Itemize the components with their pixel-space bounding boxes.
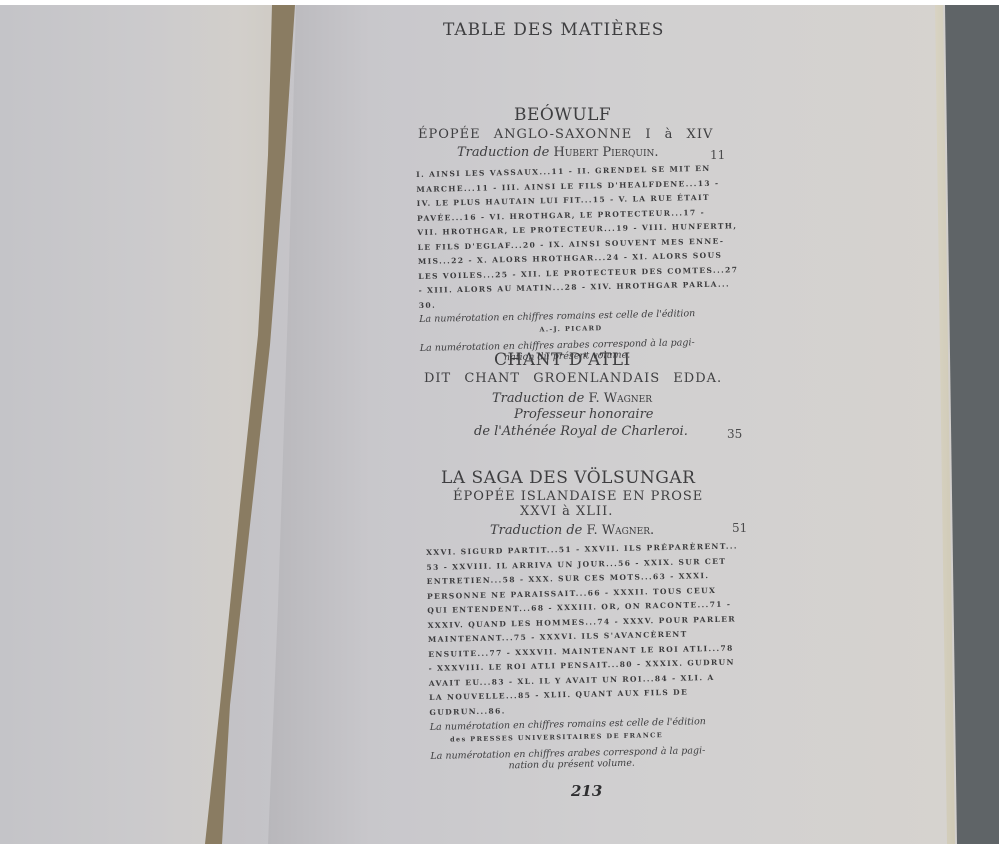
translator-name: F. Wagner (588, 391, 652, 406)
page-header: TABLE DES MATIÈRES (443, 20, 664, 40)
contents-block-beowulf: I. AINSI LES VASSAUX...11 - II. GRENDEL … (416, 161, 740, 364)
translator-role: Professeur honoraire (514, 407, 653, 422)
translator-name: Hubert Pierquin. (553, 145, 658, 160)
translation-credit-volsungar: Traduction de F. Wagner. (490, 523, 654, 538)
translation-prefix: Traduction de (490, 523, 582, 538)
section-title-beowulf: BEÓWULF (514, 105, 611, 125)
page-number-volsungar: 51 (732, 521, 747, 535)
translator-name: F. Wagner. (586, 523, 654, 538)
section-title-volsungar: LA SAGA DES VÖLSUNGAR (441, 468, 695, 488)
left-page-blank (0, 5, 280, 844)
section-title-atli: CHANT D'ATLI (494, 350, 631, 370)
translation-credit-atli: Traduction de F. Wagner (492, 391, 652, 406)
translation-prefix: Traduction de (492, 391, 584, 406)
page-folio: 213 (571, 782, 602, 800)
section-subtitle-atli: DIT CHANT GROENLANDAIS EDDA. (424, 371, 722, 386)
note-roman-source: A.-J. PICARD (539, 318, 739, 337)
section-subtitle-beowulf: ÉPOPÉE ANGLO-SAXONNE I à XIV (418, 127, 713, 142)
section-subtitle-volsungar: ÉPOPÉE ISLANDAISE EN PROSE (453, 489, 703, 504)
page-number-atli: 35 (727, 427, 742, 441)
translation-credit-beowulf: Traduction de Hubert Pierquin. (457, 145, 659, 160)
book-photo: TABLE DES MATIÈRES BEÓWULF ÉPOPÉE ANGLO-… (0, 5, 999, 844)
contents-block-volsungar: XXVI. SIGURD PARTIT...51 - XXVII. ILS PR… (426, 539, 742, 772)
translation-prefix: Traduction de (457, 145, 549, 160)
translator-institution: de l'Athénée Royal de Charleroi. (474, 424, 688, 439)
section-subtitle2-volsungar: XXVI à XLII. (520, 504, 613, 519)
page-number-beowulf: 11 (710, 148, 725, 162)
